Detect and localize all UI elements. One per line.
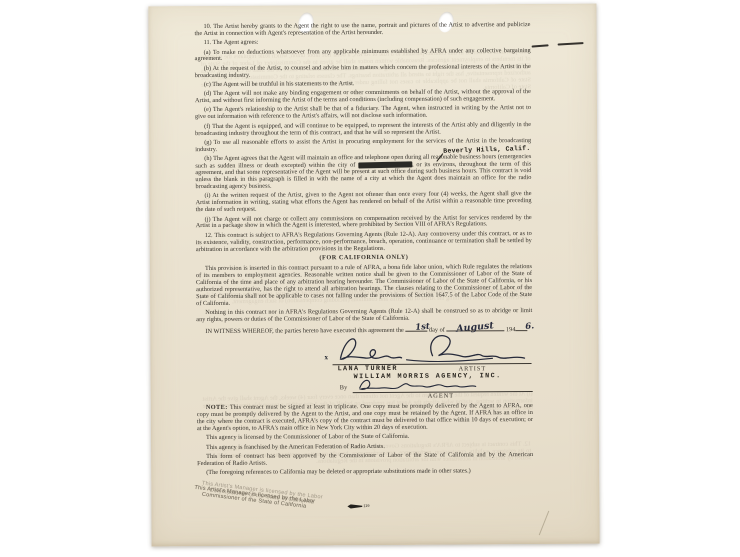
- agent-signature: [355, 376, 481, 394]
- contract-clause: 10. The Artist hereby grants to the Agen…: [194, 22, 530, 38]
- contract-clause: (a) To make no deductions whatsoever fro…: [195, 48, 531, 64]
- contract-clause: (j) The Agent will not charge or collect…: [196, 215, 532, 231]
- document-scan: This provision is inserted in this contr…: [0, 0, 740, 557]
- california-only-heading: (FOR CALIFORNIA ONLY): [196, 255, 532, 264]
- contract-body: 10. The Artist hereby grants to the Agen…: [194, 22, 533, 479]
- footer-line: This agency is licensed by the Commissio…: [197, 433, 533, 442]
- contract-clause: 11. The Agent agrees:: [195, 38, 531, 47]
- printers-ornament: 119: [347, 504, 369, 509]
- footer-line: This agency is franchised by the America…: [197, 443, 533, 452]
- note-text: This contract must be signed at least in…: [197, 402, 533, 432]
- contract-clause: 12. This contract is subject to AFRA's R…: [196, 231, 532, 254]
- signature-block: x LANA TURNER ARTIST WILLIAM MORRIS AGEN…: [196, 336, 532, 402]
- date-year-blank: 6.: [515, 325, 527, 331]
- contract-clause-office-city: (h) The Agent agrees that the Agent will…: [195, 154, 531, 191]
- contract-clause: (i) At the written request of the Artist…: [195, 191, 531, 214]
- license-stamp: This Artist's Manager is licensed by the…: [159, 481, 349, 516]
- typed-insert-city: Beverly Hills, Calif.: [443, 145, 530, 155]
- date-day-blank: 1st: [405, 326, 427, 332]
- by-label: By: [340, 385, 348, 392]
- footer-line: (The foregoing references to California …: [197, 468, 533, 477]
- contract-clause: (b) At the request of the Artist, to cou…: [195, 64, 531, 80]
- contract-clause: (d) The Agent will not make any binding …: [195, 89, 531, 105]
- contract-clause: (f) That the Agent is equipped, and will…: [195, 122, 531, 138]
- contract-clause: This provision is inserted in this contr…: [196, 264, 532, 307]
- note-paragraph: NOTE: This contract must be signed at le…: [197, 403, 533, 433]
- pen-mark: [532, 44, 549, 47]
- contract-clause: (e) The Agent's relationship to the Arti…: [195, 105, 531, 121]
- clause-list: 10. The Artist hereby grants to the Agen…: [194, 22, 532, 324]
- ornament-number: 119: [363, 504, 369, 508]
- pen-mark: [558, 42, 584, 45]
- handwritten-x-mark: x: [324, 355, 328, 362]
- footer-lines: This agency is licensed by the Commissio…: [197, 433, 533, 477]
- contract-page: This provision is inserted in this contr…: [148, 4, 599, 547]
- redaction-bar: [358, 161, 412, 168]
- agent-label: AGENT: [428, 394, 454, 401]
- crease-mark: [539, 511, 550, 536]
- footer-line: This form of contract has been approved …: [197, 452, 533, 468]
- diamond-ornament-icon: [347, 504, 362, 509]
- artist-signature: [332, 331, 530, 366]
